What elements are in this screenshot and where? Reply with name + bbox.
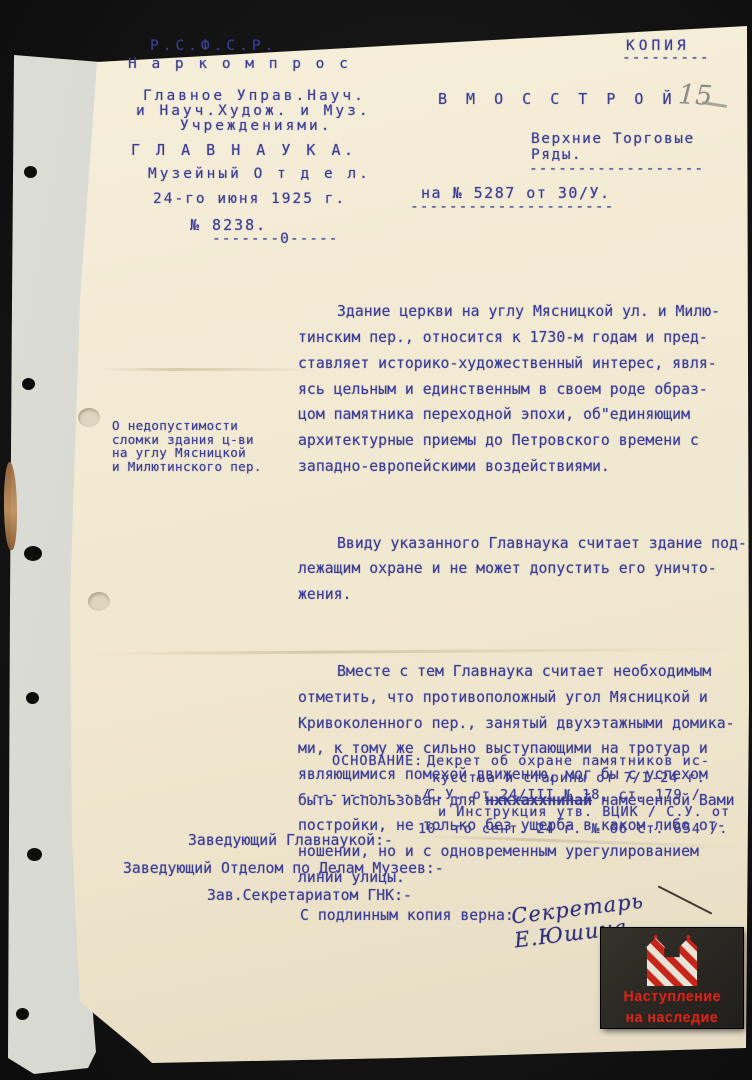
- scanned-document-photo: КОПИЯ --------- 15 Р.С.Ф.С.Р. Н а р к о …: [0, 0, 752, 1080]
- certification-line: С подлинным копия верна:: [300, 903, 514, 929]
- typed-line: сломки здания ц-ви: [112, 433, 262, 447]
- typed-line: и Милютинского пер.: [112, 460, 262, 474]
- punch-hole: [26, 692, 39, 704]
- letterhead-glavnauka: Г Л А В Н А У К А.: [131, 141, 357, 159]
- basis-label: ОСНОВАНИЕ:: [332, 753, 423, 769]
- letterhead-dept-line2: и Науч.Худож. и Муз.: [136, 103, 371, 119]
- typed-line: архитектурные приемы до Петровского врем…: [298, 428, 752, 454]
- punch-hole-faint: [88, 592, 110, 611]
- signature-line-glavnauka: Заведующий Главнаукой:-: [188, 828, 393, 854]
- margin-subject-note: О недопустимостисломки здания ц-вина угл…: [112, 419, 262, 473]
- letterhead-narkompros: Н а р к о м п р о с: [128, 56, 351, 72]
- punch-hole: [24, 166, 37, 178]
- typed-line: жения.: [298, 582, 752, 608]
- kremlin-gate-icon: [640, 934, 704, 986]
- basis-dashes: ------------/: [312, 787, 431, 803]
- typed-line: Вместе с тем Главнаука считает необходим…: [298, 659, 752, 685]
- signature-line-museums: Заведующий Отделом по Делам Музеев:-: [123, 856, 444, 882]
- letterhead-museum-dept: Музейный О т д е л.: [148, 166, 371, 182]
- letterhead-rsfsr: Р.С.Ф.С.Р.: [150, 38, 277, 54]
- typed-line: Здание церкви на углу Мясницкой ул. и Ми…: [298, 299, 752, 325]
- watermark-text-line1: Наступление: [623, 986, 720, 1007]
- reference-underline: ---------------------: [410, 199, 614, 215]
- pencil-page-number: 15: [677, 79, 713, 112]
- typed-line: ясь цельным и единственным в своем роде …: [298, 377, 752, 403]
- basis-line-5: 10- го сент. 24 г. № 66 ст. 654 /.: [418, 821, 728, 837]
- punch-hole: [24, 546, 42, 561]
- typed-line: Кривоколенного пер., занятый двухэтажным…: [298, 711, 752, 737]
- basis-line-2: кусства и старины от 7/I-24 г.: [432, 770, 706, 786]
- basis-line-3: С.У. от 24/III № 18, ст. 179 /: [427, 787, 701, 803]
- typed-line: ставляет историко-художественный интерес…: [298, 351, 752, 377]
- typed-line: западно-европейскими воздействиями.: [298, 454, 752, 480]
- watermark-text-line2: на наследие: [626, 1007, 719, 1028]
- letterhead-date: 24-го июня 1925 г.: [153, 191, 346, 207]
- typed-line: лежащим охране и не может допустить его …: [298, 556, 752, 582]
- addressee-underline: ------------------: [529, 161, 704, 177]
- basis-line-4: и Инструкция утв. ВЦИК / С.У. от: [438, 804, 730, 820]
- letterhead-separator: -------0-----: [212, 231, 339, 247]
- basis-line-1: Декрет об охране памятников ис-: [427, 753, 710, 769]
- punch-hole: [16, 1008, 29, 1020]
- typed-line: отметить, что противоположный угол Мясни…: [298, 685, 752, 711]
- punch-hole: [27, 848, 42, 861]
- typed-line: тинским пер., относится к 1730-м годам и…: [298, 325, 752, 351]
- copy-stamp-underline: ---------: [622, 50, 710, 66]
- punch-hole: [22, 378, 35, 390]
- letterhead-dept-line3: Учреждениями.: [180, 118, 333, 134]
- typed-line: Ввиду указанного Главнаука считает здани…: [298, 531, 752, 557]
- typed-line: цом памятника переходной эпохи, об"единя…: [298, 402, 752, 428]
- paragraph-1: Здание церкви на углу Мясницкой ул. и Ми…: [298, 299, 752, 479]
- heritage-watermark: Наступление на наследие: [601, 928, 743, 1028]
- punch-hole-faint: [78, 408, 100, 427]
- typed-line: на углу Мясницкой: [112, 446, 262, 460]
- typed-line: О недопустимости: [112, 419, 262, 433]
- addressee-address-line1: Верхние Торговые: [531, 131, 695, 147]
- paper-crease: [100, 368, 320, 371]
- paragraph-2: Ввиду указанного Главнаука считает здани…: [298, 531, 752, 608]
- addressee-name: В М О С С Т Р О Й: [438, 90, 677, 108]
- letterhead-dept-line1: Главное Управ.Науч.: [143, 88, 366, 104]
